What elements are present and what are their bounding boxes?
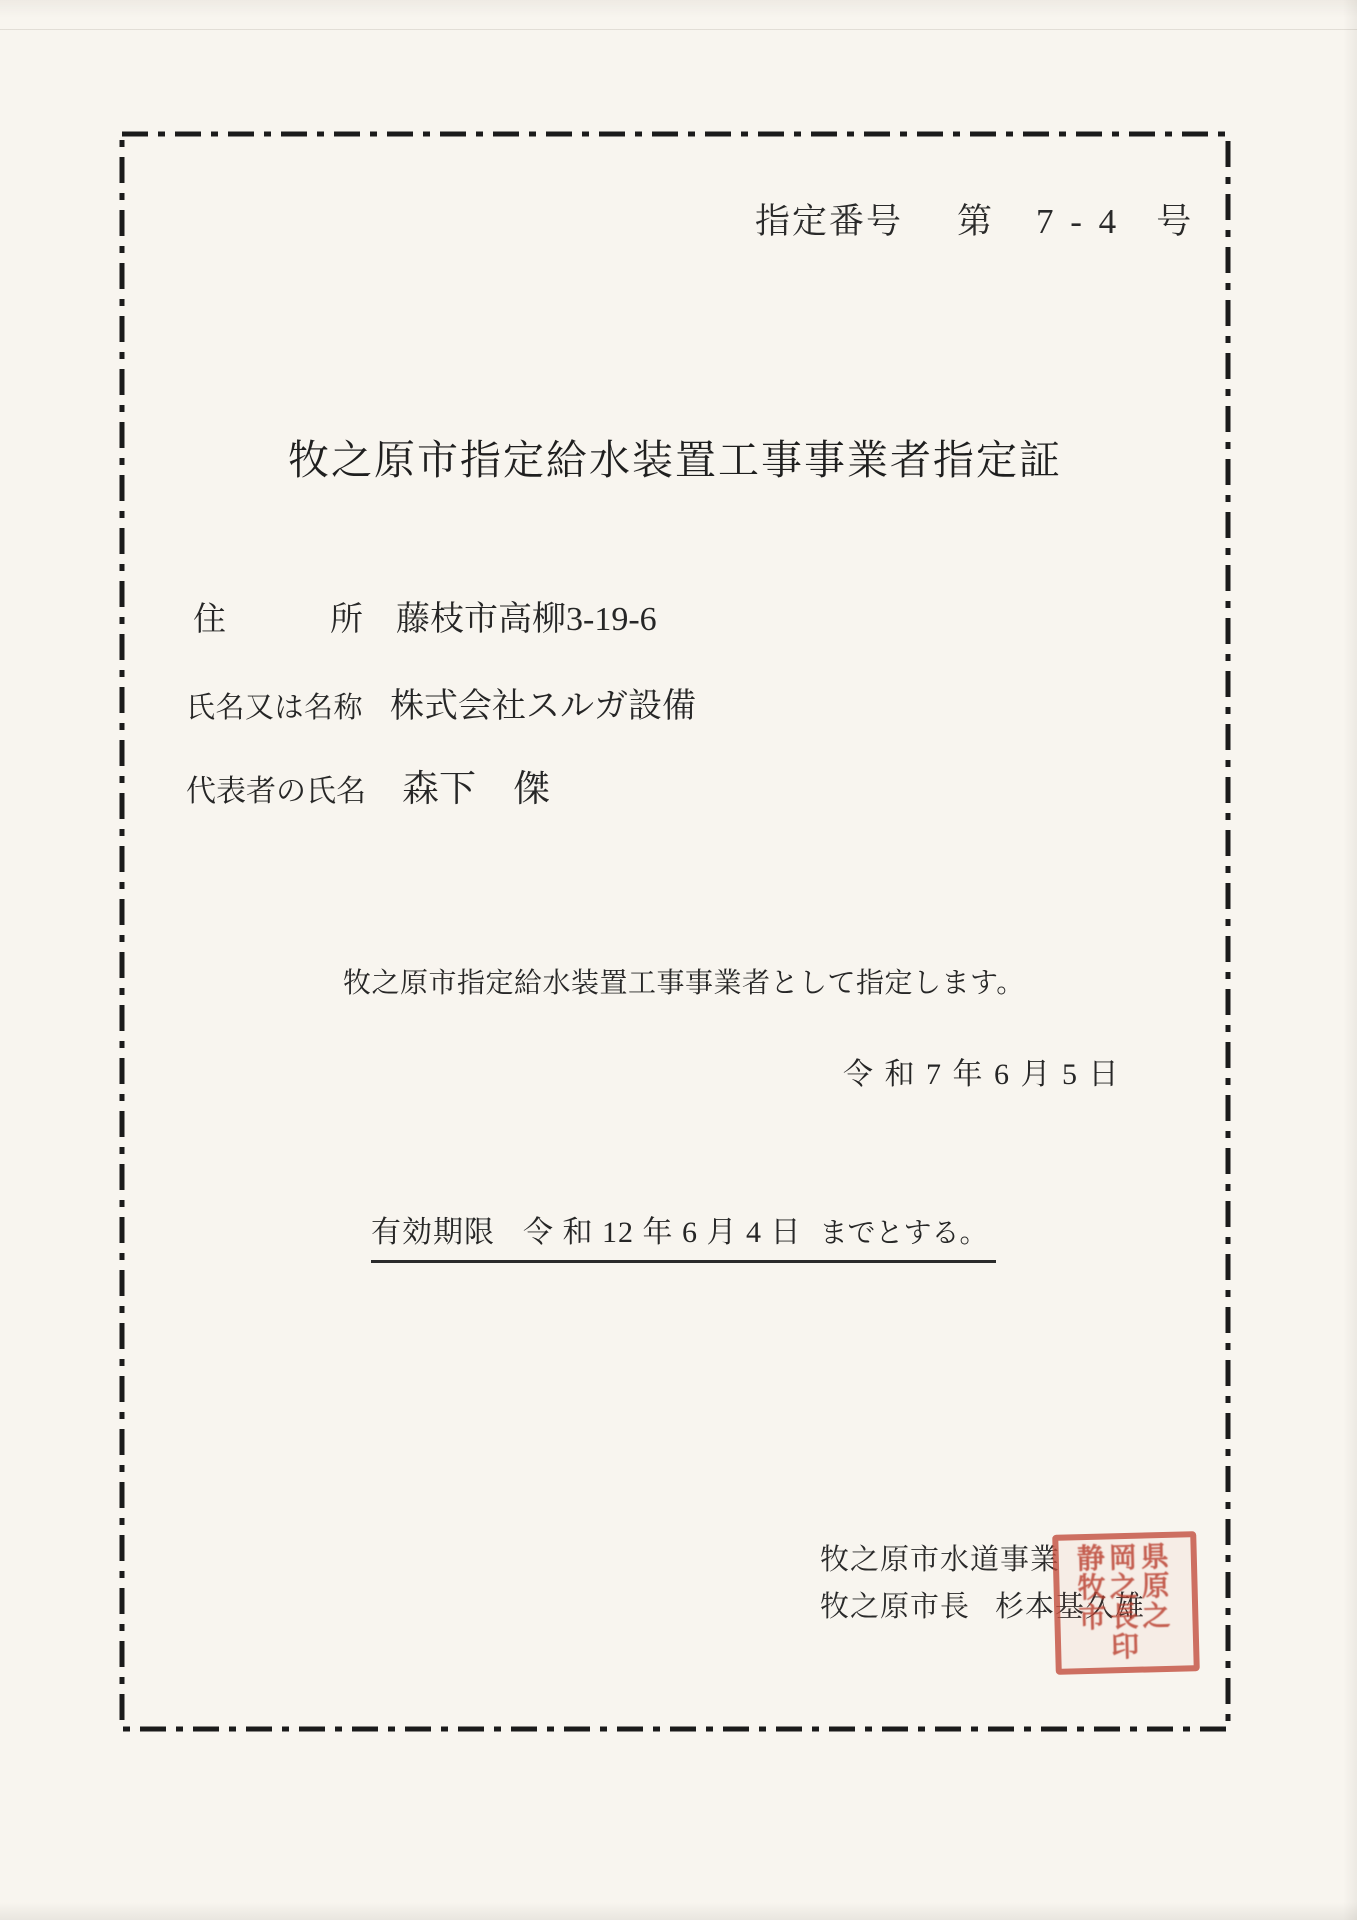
validity-line: 有効期限 令 和 12 年 6 月 4 日 までとする。 xyxy=(371,1207,996,1263)
official-seal-text: 静岡県牧之原市長之印 xyxy=(1074,1542,1177,1663)
representative-label: 代表者の氏名 xyxy=(186,766,366,810)
official-seal: 静岡県牧之原市長之印 xyxy=(1052,1531,1200,1675)
company-name-value: 株式会社スルガ設備 xyxy=(390,678,696,727)
address-value: 藤枝市高柳3-19-6 xyxy=(396,591,657,640)
issuer-title: 牧之原市長 xyxy=(820,1591,970,1623)
validity-suffix: までとする。 xyxy=(820,1211,988,1251)
company-name-label: 氏名又は名称 xyxy=(186,685,363,726)
representative-value: 森下 傑 xyxy=(402,758,550,812)
issue-date: 令 和 7 年 6 月 5 日 xyxy=(843,1049,1121,1093)
designation-number-line: 指定番号 第 7 - 4 号 xyxy=(755,194,1193,244)
designation-number-label: 指定番号 xyxy=(755,194,903,244)
certificate-title: 牧之原市指定給水装置工事事業者指定証 xyxy=(122,427,1228,486)
designation-number-prefix: 第 xyxy=(957,194,994,244)
certificate-page: 指定番号 第 7 - 4 号 牧之原市指定給水装置工事事業者指定証 住 所 藤枝… xyxy=(0,0,1357,1920)
validity-label: 有効期限 xyxy=(371,1207,495,1251)
company-name-row: 氏名又は名称 株式会社スルガ設備 xyxy=(186,678,696,727)
address-label-char2: 所 xyxy=(330,593,363,640)
address-label-char1: 住 xyxy=(193,593,226,640)
representative-row: 代表者の氏名 森下 傑 xyxy=(186,758,550,812)
validity-date: 令 和 12 年 6 月 4 日 xyxy=(523,1207,802,1251)
address-label: 住 所 xyxy=(193,593,363,640)
designation-statement: 牧之原市指定給水装置工事事業者として指定します。 xyxy=(343,961,1025,1001)
designation-number-suffix: 号 xyxy=(1156,194,1193,244)
designation-number-value: 7 - 4 xyxy=(1036,202,1120,242)
address-row: 住 所 藤枝市高柳3-19-6 xyxy=(193,591,657,640)
